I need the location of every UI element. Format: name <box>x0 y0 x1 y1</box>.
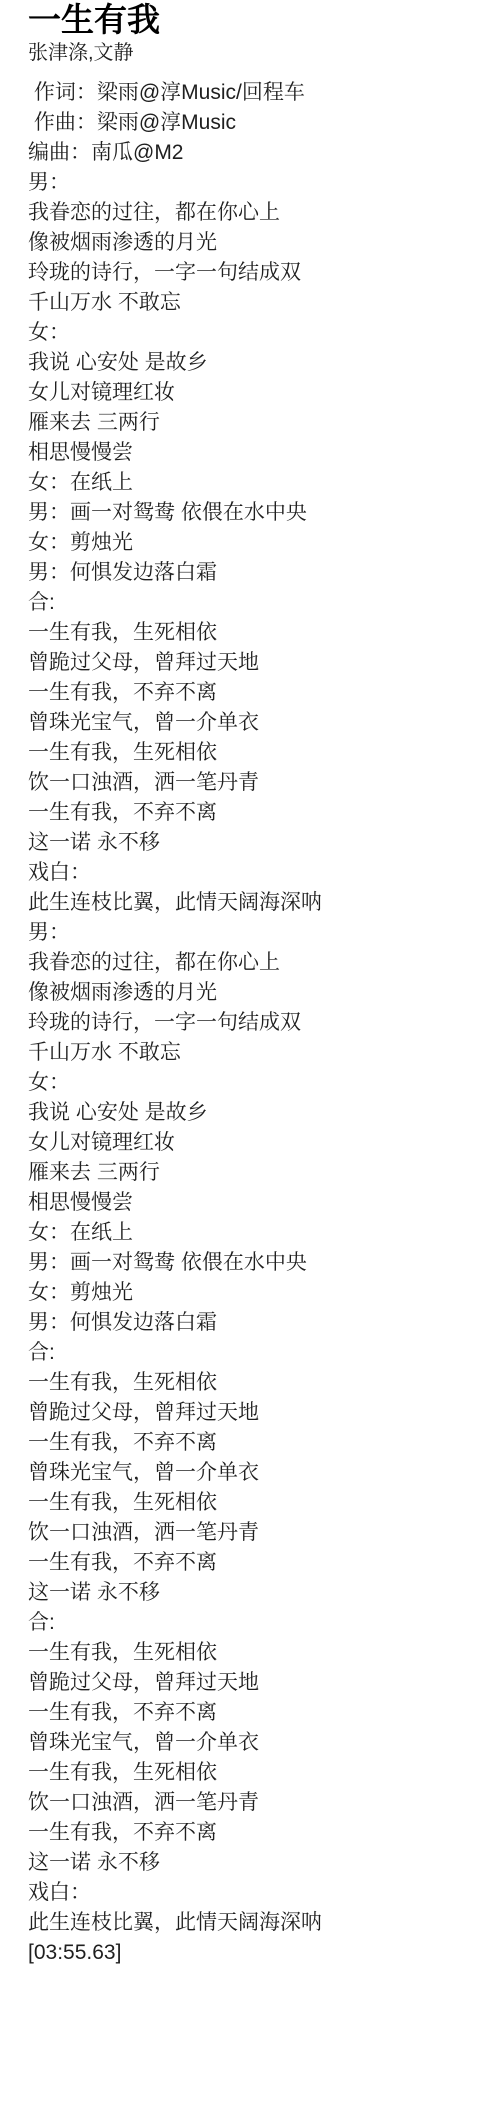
lyric-line: 作曲：梁雨@淳Music <box>28 108 486 138</box>
lyric-line: 饮一口浊酒，洒一笔丹青 <box>28 1518 486 1548</box>
lyric-line: 一生有我，生死相依 <box>28 1368 486 1398</box>
lyric-line: 一生有我，不弃不离 <box>28 1698 486 1728</box>
lyric-line: 千山万水 不敢忘 <box>28 1038 486 1068</box>
lyric-line: 曾珠光宝气，曾一介单衣 <box>28 1458 486 1488</box>
lyric-line: 这一诺 永不移 <box>28 1578 486 1608</box>
lyric-line: 女：在纸上 <box>28 1218 486 1248</box>
lyric-line: 一生有我，不弃不离 <box>28 798 486 828</box>
lyric-line: 像被烟雨渗透的月光 <box>28 978 486 1008</box>
lyric-line: 一生有我，不弃不离 <box>28 1428 486 1458</box>
lyric-line: 一生有我，生死相依 <box>28 618 486 648</box>
lyric-line: 千山万水 不敢忘 <box>28 288 486 318</box>
song-title: 一生有我 <box>28 2 486 38</box>
lyrics-body: 作词：梁雨@淳Music/回程车 作曲：梁雨@淳Music编曲：南瓜@M2男：我… <box>28 78 486 1968</box>
lyric-line: 一生有我，生死相依 <box>28 738 486 768</box>
lyric-line: 雁来去 三两行 <box>28 408 486 438</box>
lyrics-page: 一生有我 张津涤,文静 作词：梁雨@淳Music/回程车 作曲：梁雨@淳Musi… <box>0 0 500 1968</box>
lyric-line: 一生有我，不弃不离 <box>28 678 486 708</box>
lyric-line: 男：何惧发边落白霜 <box>28 558 486 588</box>
lyric-line: 我眷恋的过往，都在你心上 <box>28 198 486 228</box>
lyric-line: 一生有我，生死相依 <box>28 1638 486 1668</box>
lyric-line: 此生连枝比翼，此情天阔海深呐 <box>28 888 486 918</box>
lyric-line: 编曲：南瓜@M2 <box>28 138 486 168</box>
lyric-line: 女儿对镜理红妆 <box>28 378 486 408</box>
lyric-line: 女儿对镜理红妆 <box>28 1128 486 1158</box>
lyric-line: 曾跪过父母，曾拜过天地 <box>28 1398 486 1428</box>
lyric-line: 曾跪过父母，曾拜过天地 <box>28 1668 486 1698</box>
lyric-line: 这一诺 永不移 <box>28 1848 486 1878</box>
lyric-line: 女： <box>28 1068 486 1098</box>
lyric-line: 男： <box>28 918 486 948</box>
lyric-line: [03:55.63] <box>28 1938 486 1968</box>
lyric-line: 我说 心安处 是故乡 <box>28 1098 486 1128</box>
lyric-line: 女：剪烛光 <box>28 528 486 558</box>
lyric-line: 像被烟雨渗透的月光 <box>28 228 486 258</box>
lyric-line: 一生有我，不弃不离 <box>28 1818 486 1848</box>
lyric-line: 曾跪过父母，曾拜过天地 <box>28 648 486 678</box>
lyric-line: 戏白： <box>28 858 486 888</box>
lyric-line: 玲珑的诗行，一字一句结成双 <box>28 258 486 288</box>
lyric-line: 雁来去 三两行 <box>28 1158 486 1188</box>
lyric-line: 我眷恋的过往，都在你心上 <box>28 948 486 978</box>
lyric-line: 合: <box>28 1608 486 1638</box>
lyric-line: 男： <box>28 168 486 198</box>
lyric-line: 女：在纸上 <box>28 468 486 498</box>
lyric-line: 这一诺 永不移 <box>28 828 486 858</box>
lyric-line: 我说 心安处 是故乡 <box>28 348 486 378</box>
lyric-line: 戏白： <box>28 1878 486 1908</box>
lyric-line: 男：何惧发边落白霜 <box>28 1308 486 1338</box>
lyric-line: 男：画一对鸳鸯 依偎在水中央 <box>28 498 486 528</box>
lyric-line: 作词：梁雨@淳Music/回程车 <box>28 78 486 108</box>
lyric-line: 女： <box>28 318 486 348</box>
lyric-line: 此生连枝比翼，此情天阔海深呐 <box>28 1908 486 1938</box>
lyric-line: 曾珠光宝气，曾一介单衣 <box>28 708 486 738</box>
lyric-line: 玲珑的诗行，一字一句结成双 <box>28 1008 486 1038</box>
lyric-line: 一生有我，不弃不离 <box>28 1548 486 1578</box>
lyric-line: 一生有我，生死相依 <box>28 1758 486 1788</box>
lyric-line: 饮一口浊酒，洒一笔丹青 <box>28 768 486 798</box>
artist-names: 张津涤,文静 <box>28 40 486 66</box>
lyric-line: 合: <box>28 588 486 618</box>
lyric-line: 相思慢慢尝 <box>28 438 486 468</box>
lyric-line: 女：剪烛光 <box>28 1278 486 1308</box>
lyric-line: 相思慢慢尝 <box>28 1188 486 1218</box>
lyric-line: 合: <box>28 1338 486 1368</box>
lyric-line: 男：画一对鸳鸯 依偎在水中央 <box>28 1248 486 1278</box>
lyric-line: 饮一口浊酒，洒一笔丹青 <box>28 1788 486 1818</box>
lyric-line: 一生有我，生死相依 <box>28 1488 486 1518</box>
lyric-line: 曾珠光宝气，曾一介单衣 <box>28 1728 486 1758</box>
